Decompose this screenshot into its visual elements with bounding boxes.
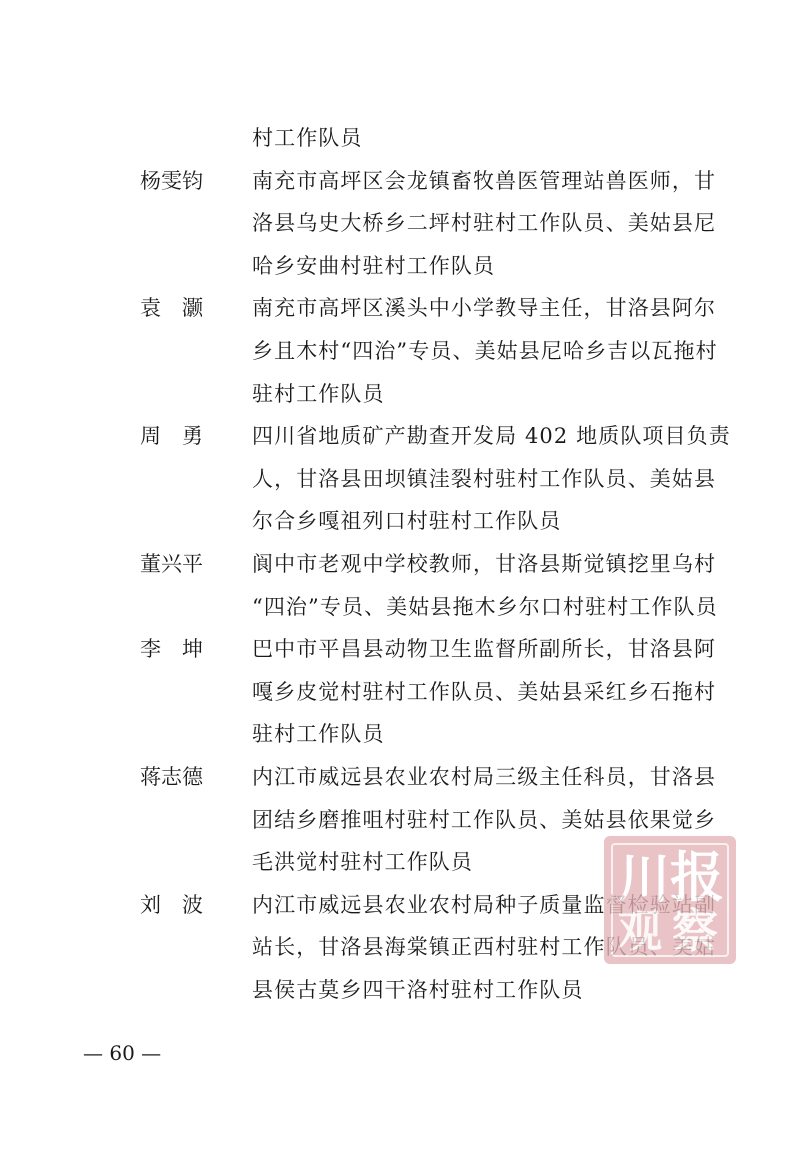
description-line: 嘎乡皮觉村驻村工作队员、美姑县采红乡石拖村 [252,671,740,714]
entry-description: 南充市高坪区溪头中小学教导主任，甘洛县阿尔 乡且木村“四治”专员、美姑县尼哈乡吉… [252,287,740,415]
description-line: 巴中市平昌县动物卫生监督所副所长，甘洛县阿 [252,628,740,671]
description-line: 县侯古莫乡四干洛村驻村工作队员 [252,969,740,1012]
description-line: 团结乡磨推咀村驻村工作队员、美姑县依果觉乡 [252,799,740,842]
entry-description: 村工作队员 [252,117,740,160]
personnel-entry: 李 坤 巴中市平昌县动物卫生监督所副所长，甘洛县阿 嘎乡皮觉村驻村工作队员、美姑… [140,628,740,756]
description-line: 内江市威远县农业农村局三级主任科员，甘洛县 [252,756,740,799]
description-line: 驻村工作队员 [252,713,740,756]
description-line: “四治”专员、美姑县拖木乡尔口村驻村工作队员 [252,586,740,629]
personnel-entry: 杨雯钧 南充市高坪区会龙镇畜牧兽医管理站兽医师，甘 洛县乌史大桥乡二坪村驻村工作… [140,160,740,288]
description-line: 四川省地质矿产勘查开发局 402 地质队项目负责 [252,415,740,458]
description-line: 内江市威远县农业农村局种子质量监督检验站副 [252,884,740,927]
description-line: 阆中市老观中学校教师，甘洛县斯觉镇挖里乌村 [252,543,740,586]
entry-description: 南充市高坪区会龙镇畜牧兽医管理站兽医师，甘 洛县乌史大桥乡二坪村驻村工作队员、美… [252,160,740,288]
entry-description: 内江市威远县农业农村局种子质量监督检验站副 站长，甘洛县海棠镇正西村驻村工作队员… [252,884,740,1012]
entry-name: 杨雯钧 [140,160,252,203]
entry-description: 阆中市老观中学校教师，甘洛县斯觉镇挖里乌村 “四治”专员、美姑县拖木乡尔口村驻村… [252,543,740,628]
description-line: 洛县乌史大桥乡二坪村驻村工作队员、美姑县尼 [252,202,740,245]
personnel-entry: 周 勇 四川省地质矿产勘查开发局 402 地质队项目负责 人，甘洛县田坝镇洼裂村… [140,415,740,543]
entry-description: 内江市威远县农业农村局三级主任科员，甘洛县 团结乡磨推咀村驻村工作队员、美姑县依… [252,756,740,884]
personnel-list: 村工作队员 杨雯钧 南充市高坪区会龙镇畜牧兽医管理站兽医师，甘 洛县乌史大桥乡二… [140,117,740,1011]
personnel-entry: 袁 灏 南充市高坪区溪头中小学教导主任，甘洛县阿尔 乡且木村“四治”专员、美姑县… [140,287,740,415]
entry-description: 巴中市平昌县动物卫生监督所副所长，甘洛县阿 嘎乡皮觉村驻村工作队员、美姑县采红乡… [252,628,740,756]
entry-name: 蒋志德 [140,756,252,799]
entry-name: 刘 波 [140,884,252,927]
entry-name: 周 勇 [140,415,252,458]
description-line: 南充市高坪区会龙镇畜牧兽医管理站兽医师，甘 [252,160,740,203]
entry-name: 李 坤 [140,628,252,671]
description-line: 乡且木村“四治”专员、美姑县尼哈乡吉以瓦拖村 [252,330,740,373]
entry-description: 四川省地质矿产勘查开发局 402 地质队项目负责 人，甘洛县田坝镇洼裂村驻村工作… [252,415,740,543]
description-line: 驻村工作队员 [252,373,740,416]
description-line: 人，甘洛县田坝镇洼裂村驻村工作队员、美姑县 [252,458,740,501]
personnel-entry: 蒋志德 内江市威远县农业农村局三级主任科员，甘洛县 团结乡磨推咀村驻村工作队员、… [140,756,740,884]
document-page: 村工作队员 杨雯钧 南充市高坪区会龙镇畜牧兽医管理站兽医师，甘 洛县乌史大桥乡二… [0,0,800,1162]
entry-name: 董兴平 [140,543,252,586]
description-line: 站长，甘洛县海棠镇正西村驻村工作队员、美姑 [252,926,740,969]
description-line: 尔合乡嘎祖列口村驻村工作队员 [252,500,740,543]
description-line: 哈乡安曲村驻村工作队员 [252,245,740,288]
description-line: 南充市高坪区溪头中小学教导主任，甘洛县阿尔 [252,287,740,330]
continuation-entry: 村工作队员 [140,117,740,160]
description-line: 村工作队员 [252,117,740,160]
description-line: 毛洪觉村驻村工作队员 [252,841,740,884]
page-number: — 60 — [83,1040,161,1066]
personnel-entry: 刘 波 内江市威远县农业农村局种子质量监督检验站副 站长，甘洛县海棠镇正西村驻村… [140,884,740,1012]
personnel-entry: 董兴平 阆中市老观中学校教师，甘洛县斯觉镇挖里乌村 “四治”专员、美姑县拖木乡尔… [140,543,740,628]
entry-name: 袁 灏 [140,287,252,330]
